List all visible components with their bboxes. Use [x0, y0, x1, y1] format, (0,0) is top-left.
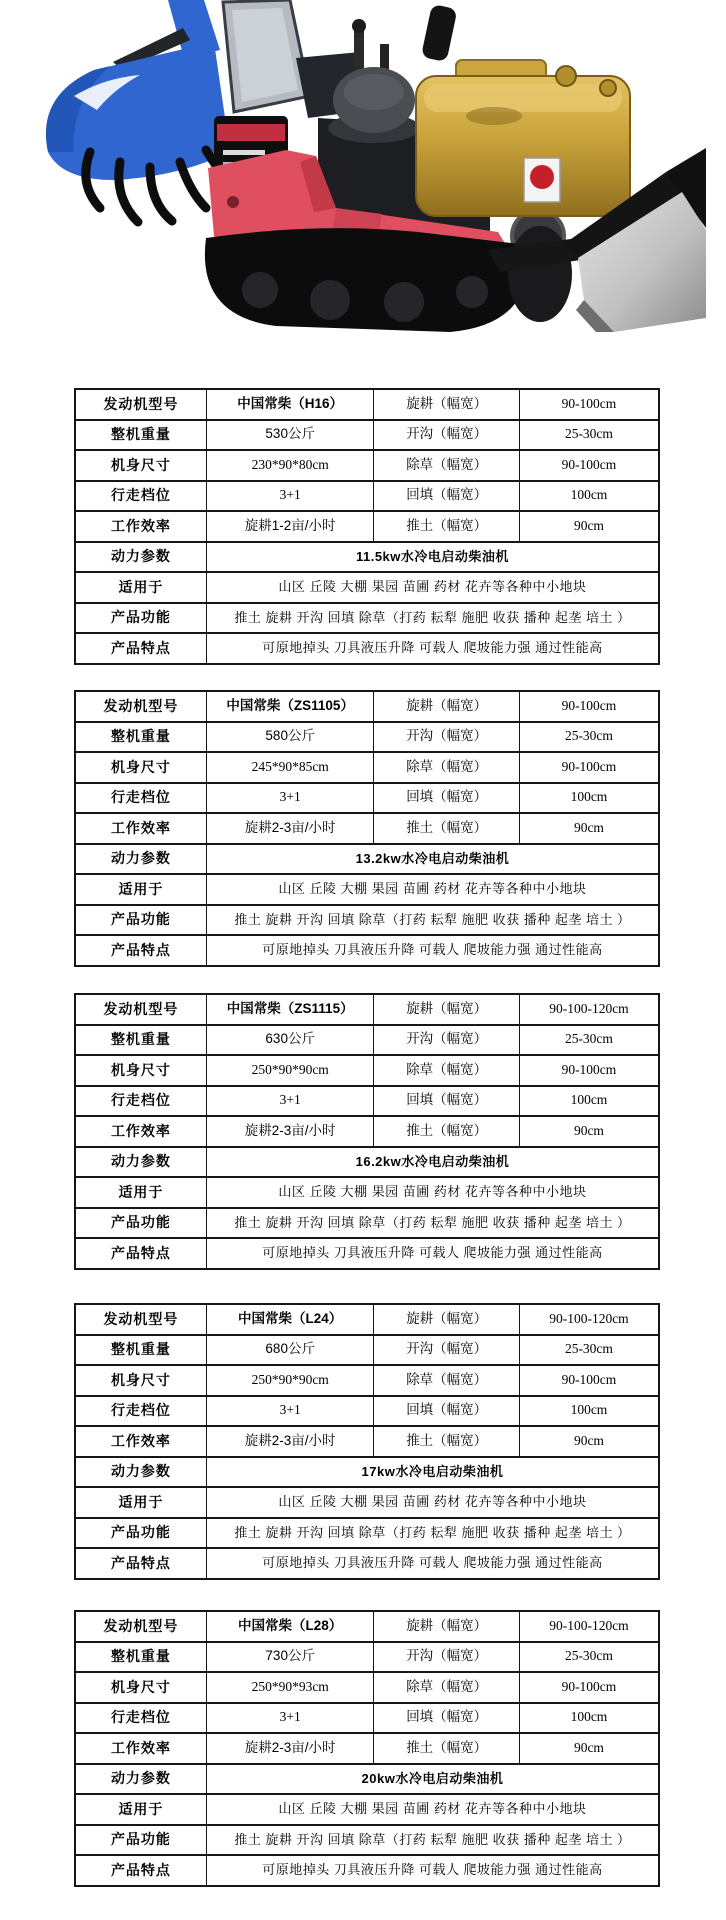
spec-value: 山区 丘陵 大棚 果园 苗圃 药材 花卉等各种中小地块: [206, 1487, 659, 1518]
spec-value: 中国常柴（L24）: [206, 1304, 374, 1335]
spec-value: 90-100cm: [519, 1672, 659, 1703]
spec-row: 动力参数20kw水冷电启动柴油机: [75, 1764, 659, 1795]
spec-label: 机身尺寸: [75, 1055, 206, 1086]
spec-label: 适用于: [75, 572, 206, 603]
spec-label: 产品功能: [75, 1825, 206, 1856]
spec-label: 机身尺寸: [75, 1672, 206, 1703]
spec-row: 产品特点可原地掉头 刀具液压升降 可载人 爬坡能力强 通过性能高: [75, 1548, 659, 1579]
spec-value: 可原地掉头 刀具液压升降 可载人 爬坡能力强 通过性能高: [206, 1548, 659, 1579]
spec-value: 20kw水冷电启动柴油机: [206, 1764, 659, 1795]
spec-label: 推土（幅宽）: [374, 1116, 519, 1147]
spec-label: 行走档位: [75, 1396, 206, 1427]
spec-label: 回填（幅宽）: [374, 1396, 519, 1427]
spec-label: 回填（幅宽）: [374, 1086, 519, 1117]
spec-value: 25-30cm: [519, 722, 659, 753]
spec-label: 回填（幅宽）: [374, 1703, 519, 1734]
spec-value: 630公斤: [206, 1025, 374, 1056]
spec-value: 100cm: [519, 1396, 659, 1427]
spec-row: 行走档位3+1回填（幅宽）100cm: [75, 1396, 659, 1427]
spec-row: 产品功能推土 旋耕 开沟 回填 除草（打药 耘犁 施肥 收获 播种 起垄 培土 …: [75, 1518, 659, 1549]
spec-label: 行走档位: [75, 1703, 206, 1734]
spec-value: 推土 旋耕 开沟 回填 除草（打药 耘犁 施肥 收获 播种 起垄 培土 ）: [206, 1825, 659, 1856]
spec-row: 发动机型号中国常柴（ZS1115）旋耕（幅宽）90-100-120cm: [75, 994, 659, 1025]
spec-row: 动力参数16.2kw水冷电启动柴油机: [75, 1147, 659, 1178]
spec-value: 山区 丘陵 大棚 果园 苗圃 药材 花卉等各种中小地块: [206, 1177, 659, 1208]
spec-label: 机身尺寸: [75, 450, 206, 481]
spec-label: 动力参数: [75, 1457, 206, 1488]
spec-table-3: 发动机型号中国常柴（ZS1115）旋耕（幅宽）90-100-120cm整机重量6…: [74, 993, 660, 1270]
spec-table-2: 发动机型号中国常柴（ZS1105）旋耕（幅宽）90-100cm整机重量580公斤…: [74, 690, 660, 967]
spec-label: 推土（幅宽）: [374, 1426, 519, 1457]
spec-row: 适用于山区 丘陵 大棚 果园 苗圃 药材 花卉等各种中小地块: [75, 1487, 659, 1518]
spec-value: 中国常柴（ZS1105）: [206, 691, 374, 722]
spec-label: 推土（幅宽）: [374, 813, 519, 844]
spec-label: 开沟（幅宽）: [374, 722, 519, 753]
spec-label: 发动机型号: [75, 1611, 206, 1642]
spec-value: 100cm: [519, 1703, 659, 1734]
spec-value: 中国常柴（H16）: [206, 389, 374, 420]
spec-value: 山区 丘陵 大棚 果园 苗圃 药材 花卉等各种中小地块: [206, 572, 659, 603]
spec-value: 3+1: [206, 1703, 374, 1734]
spec-table-1: 发动机型号中国常柴（H16）旋耕（幅宽）90-100cm整机重量530公斤开沟（…: [74, 388, 660, 665]
spec-label: 旋耕（幅宽）: [374, 691, 519, 722]
spec-row: 产品功能推土 旋耕 开沟 回填 除草（打药 耘犁 施肥 收获 播种 起垄 培土 …: [75, 905, 659, 936]
spec-value: 90-100cm: [519, 1055, 659, 1086]
spec-row: 动力参数11.5kw水冷电启动柴油机: [75, 542, 659, 573]
spec-label: 行走档位: [75, 481, 206, 512]
spec-value: 山区 丘陵 大棚 果园 苗圃 药材 花卉等各种中小地块: [206, 874, 659, 905]
spec-label: 旋耕（幅宽）: [374, 389, 519, 420]
spec-value: 245*90*85cm: [206, 752, 374, 783]
spec-label: 动力参数: [75, 1764, 206, 1795]
spec-value: 13.2kw水冷电启动柴油机: [206, 844, 659, 875]
spec-value: 90-100-120cm: [519, 1611, 659, 1642]
spec-label: 行走档位: [75, 1086, 206, 1117]
spec-row: 行走档位3+1回填（幅宽）100cm: [75, 1086, 659, 1117]
spec-value: 旋耕1-2亩/小时: [206, 511, 374, 542]
spec-row: 工作效率旋耕2-3亩/小时推土（幅宽）90cm: [75, 1116, 659, 1147]
spec-value: 230*90*80cm: [206, 450, 374, 481]
spec-label: 工作效率: [75, 813, 206, 844]
spec-label: 整机重量: [75, 722, 206, 753]
spec-value: 3+1: [206, 1396, 374, 1427]
spec-value: 推土 旋耕 开沟 回填 除草（打药 耘犁 施肥 收获 播种 起垄 培土 ）: [206, 603, 659, 634]
spec-label: 产品功能: [75, 603, 206, 634]
spec-label: 除草（幅宽）: [374, 1365, 519, 1396]
spec-label: 除草（幅宽）: [374, 1672, 519, 1703]
spec-label: 发动机型号: [75, 994, 206, 1025]
spec-row: 动力参数13.2kw水冷电启动柴油机: [75, 844, 659, 875]
spec-label: 适用于: [75, 874, 206, 905]
spec-value: 90-100cm: [519, 752, 659, 783]
spec-label: 整机重量: [75, 1642, 206, 1673]
spec-value: 530公斤: [206, 420, 374, 451]
fuel-tank: [416, 60, 630, 216]
spec-row: 行走档位3+1回填（幅宽）100cm: [75, 1703, 659, 1734]
spec-label: 工作效率: [75, 1733, 206, 1764]
spec-label: 工作效率: [75, 511, 206, 542]
spec-label: 产品特点: [75, 1238, 206, 1269]
spec-value: 100cm: [519, 481, 659, 512]
spec-value: 旋耕2-3亩/小时: [206, 1733, 374, 1764]
spec-value: 90cm: [519, 511, 659, 542]
spec-label: 产品特点: [75, 935, 206, 966]
spec-row: 机身尺寸250*90*90cm除草（幅宽）90-100cm: [75, 1055, 659, 1086]
spec-value: 100cm: [519, 1086, 659, 1117]
spec-value: 25-30cm: [519, 1642, 659, 1673]
spec-row: 工作效率旋耕1-2亩/小时推土（幅宽）90cm: [75, 511, 659, 542]
spec-label: 行走档位: [75, 783, 206, 814]
spec-row: 发动机型号中国常柴（L28）旋耕（幅宽）90-100-120cm: [75, 1611, 659, 1642]
spec-value: 250*90*93cm: [206, 1672, 374, 1703]
spec-value: 可原地掉头 刀具液压升降 可载人 爬坡能力强 通过性能高: [206, 1855, 659, 1886]
spec-label: 除草（幅宽）: [374, 752, 519, 783]
spec-row: 工作效率旋耕2-3亩/小时推土（幅宽）90cm: [75, 813, 659, 844]
spec-label: 发动机型号: [75, 691, 206, 722]
muffler: [421, 4, 458, 62]
spec-label: 工作效率: [75, 1426, 206, 1457]
spec-value: 推土 旋耕 开沟 回填 除草（打药 耘犁 施肥 收获 播种 起垄 培土 ）: [206, 1208, 659, 1239]
spec-value: 16.2kw水冷电启动柴油机: [206, 1147, 659, 1178]
spec-label: 工作效率: [75, 1116, 206, 1147]
spec-value: 90-100cm: [519, 1365, 659, 1396]
spec-label: 开沟（幅宽）: [374, 1025, 519, 1056]
spec-label: 回填（幅宽）: [374, 783, 519, 814]
spec-label: 除草（幅宽）: [374, 450, 519, 481]
spec-label: 旋耕（幅宽）: [374, 1304, 519, 1335]
spec-row: 行走档位3+1回填（幅宽）100cm: [75, 783, 659, 814]
spec-label: 回填（幅宽）: [374, 481, 519, 512]
spec-label: 整机重量: [75, 420, 206, 451]
spec-label: 开沟（幅宽）: [374, 1335, 519, 1366]
spec-value: 11.5kw水冷电启动柴油机: [206, 542, 659, 573]
spec-table-5: 发动机型号中国常柴（L28）旋耕（幅宽）90-100-120cm整机重量730公…: [74, 1610, 660, 1887]
spec-row: 产品功能推土 旋耕 开沟 回填 除草（打药 耘犁 施肥 收获 播种 起垄 培土 …: [75, 603, 659, 634]
spec-row: 产品功能推土 旋耕 开沟 回填 除草（打药 耘犁 施肥 收获 播种 起垄 培土 …: [75, 1208, 659, 1239]
spec-row: 整机重量630公斤开沟（幅宽）25-30cm: [75, 1025, 659, 1056]
spec-value: 3+1: [206, 783, 374, 814]
spec-row: 机身尺寸230*90*80cm除草（幅宽）90-100cm: [75, 450, 659, 481]
spec-value: 3+1: [206, 481, 374, 512]
spec-row: 发动机型号中国常柴（L24）旋耕（幅宽）90-100-120cm: [75, 1304, 659, 1335]
spec-label: 产品功能: [75, 905, 206, 936]
spec-label: 机身尺寸: [75, 752, 206, 783]
spec-label: 动力参数: [75, 1147, 206, 1178]
spec-value: 90cm: [519, 1116, 659, 1147]
spec-value: 90cm: [519, 1733, 659, 1764]
spec-label: 动力参数: [75, 844, 206, 875]
spec-label: 整机重量: [75, 1335, 206, 1366]
spec-row: 工作效率旋耕2-3亩/小时推土（幅宽）90cm: [75, 1733, 659, 1764]
spec-row: 动力参数17kw水冷电启动柴油机: [75, 1457, 659, 1488]
spec-value: 90-100cm: [519, 691, 659, 722]
spec-value: 90cm: [519, 1426, 659, 1457]
spec-value: 可原地掉头 刀具液压升降 可载人 爬坡能力强 通过性能高: [206, 633, 659, 664]
spec-value: 旋耕2-3亩/小时: [206, 1116, 374, 1147]
product-detail-page: { "page": { "background": "#ffffff" }, "…: [0, 0, 726, 1920]
spec-row: 行走档位3+1回填（幅宽）100cm: [75, 481, 659, 512]
spec-label: 适用于: [75, 1794, 206, 1825]
spec-value: 680公斤: [206, 1335, 374, 1366]
spec-value: 旋耕2-3亩/小时: [206, 813, 374, 844]
spec-row: 适用于山区 丘陵 大棚 果园 苗圃 药材 花卉等各种中小地块: [75, 874, 659, 905]
spec-row: 整机重量580公斤开沟（幅宽）25-30cm: [75, 722, 659, 753]
spec-value: 25-30cm: [519, 1025, 659, 1056]
spec-row: 适用于山区 丘陵 大棚 果园 苗圃 药材 花卉等各种中小地块: [75, 572, 659, 603]
spec-value: 90cm: [519, 813, 659, 844]
spec-row: 适用于山区 丘陵 大棚 果园 苗圃 药材 花卉等各种中小地块: [75, 1177, 659, 1208]
spec-label: 推土（幅宽）: [374, 1733, 519, 1764]
spec-value: 可原地掉头 刀具液压升降 可载人 爬坡能力强 通过性能高: [206, 1238, 659, 1269]
spec-value: 90-100cm: [519, 450, 659, 481]
spec-value: 25-30cm: [519, 420, 659, 451]
brand-mark: [466, 107, 522, 125]
spec-value: 中国常柴（L28）: [206, 1611, 374, 1642]
spec-label: 旋耕（幅宽）: [374, 1611, 519, 1642]
spec-row: 产品特点可原地掉头 刀具液压升降 可载人 爬坡能力强 通过性能高: [75, 633, 659, 664]
spec-label: 发动机型号: [75, 389, 206, 420]
spec-label: 除草（幅宽）: [374, 1055, 519, 1086]
spec-label: 旋耕（幅宽）: [374, 994, 519, 1025]
spec-label: 整机重量: [75, 1025, 206, 1056]
spec-row: 整机重量730公斤开沟（幅宽）25-30cm: [75, 1642, 659, 1673]
spec-value: 90-100-120cm: [519, 1304, 659, 1335]
spec-label: 适用于: [75, 1177, 206, 1208]
spec-label: 机身尺寸: [75, 1365, 206, 1396]
spec-value: 推土 旋耕 开沟 回填 除草（打药 耘犁 施肥 收获 播种 起垄 培土 ）: [206, 1518, 659, 1549]
spec-label: 产品特点: [75, 1548, 206, 1579]
spec-value: 可原地掉头 刀具液压升降 可载人 爬坡能力强 通过性能高: [206, 935, 659, 966]
spec-label: 动力参数: [75, 542, 206, 573]
spec-label: 产品功能: [75, 1208, 206, 1239]
spec-value: 90-100cm: [519, 389, 659, 420]
spec-label: 开沟（幅宽）: [374, 1642, 519, 1673]
spec-value: 推土 旋耕 开沟 回填 除草（打药 耘犁 施肥 收获 播种 起垄 培土 ）: [206, 905, 659, 936]
warning-sticker: [524, 158, 560, 202]
spec-row: 整机重量680公斤开沟（幅宽）25-30cm: [75, 1335, 659, 1366]
crawler-track: [205, 226, 572, 332]
spec-row: 机身尺寸245*90*85cm除草（幅宽）90-100cm: [75, 752, 659, 783]
spec-value: 250*90*90cm: [206, 1055, 374, 1086]
spec-row: 发动机型号中国常柴（H16）旋耕（幅宽）90-100cm: [75, 389, 659, 420]
spec-value: 中国常柴（ZS1115）: [206, 994, 374, 1025]
spec-row: 机身尺寸250*90*90cm除草（幅宽）90-100cm: [75, 1365, 659, 1396]
spec-value: 山区 丘陵 大棚 果园 苗圃 药材 花卉等各种中小地块: [206, 1794, 659, 1825]
spec-value: 100cm: [519, 783, 659, 814]
spec-row: 产品特点可原地掉头 刀具液压升降 可载人 爬坡能力强 通过性能高: [75, 1855, 659, 1886]
spec-label: 适用于: [75, 1487, 206, 1518]
spec-label: 产品特点: [75, 1855, 206, 1886]
spec-label: 产品功能: [75, 1518, 206, 1549]
spec-value: 90-100-120cm: [519, 994, 659, 1025]
spec-row: 适用于山区 丘陵 大棚 果园 苗圃 药材 花卉等各种中小地块: [75, 1794, 659, 1825]
spec-value: 580公斤: [206, 722, 374, 753]
spec-row: 发动机型号中国常柴（ZS1105）旋耕（幅宽）90-100cm: [75, 691, 659, 722]
spec-label: 推土（幅宽）: [374, 511, 519, 542]
spec-value: 3+1: [206, 1086, 374, 1117]
spec-label: 开沟（幅宽）: [374, 420, 519, 451]
spec-row: 产品特点可原地掉头 刀具液压升降 可载人 爬坡能力强 通过性能高: [75, 1238, 659, 1269]
spec-label: 发动机型号: [75, 1304, 206, 1335]
spec-value: 730公斤: [206, 1642, 374, 1673]
rotary-tiller: [46, 0, 236, 222]
spec-value: 旋耕2-3亩/小时: [206, 1426, 374, 1457]
spec-value: 250*90*90cm: [206, 1365, 374, 1396]
spec-row: 整机重量530公斤开沟（幅宽）25-30cm: [75, 420, 659, 451]
spec-table-4: 发动机型号中国常柴（L24）旋耕（幅宽）90-100-120cm整机重量680公…: [74, 1303, 660, 1580]
product-photo: [18, 0, 706, 332]
spec-row: 工作效率旋耕2-3亩/小时推土（幅宽）90cm: [75, 1426, 659, 1457]
spec-row: 机身尺寸250*90*93cm除草（幅宽）90-100cm: [75, 1672, 659, 1703]
tractor-illustration: [18, 0, 706, 332]
spec-label: 产品特点: [75, 633, 206, 664]
spec-row: 产品特点可原地掉头 刀具液压升降 可载人 爬坡能力强 通过性能高: [75, 935, 659, 966]
spec-value: 25-30cm: [519, 1335, 659, 1366]
spec-value: 17kw水冷电启动柴油机: [206, 1457, 659, 1488]
spec-row: 产品功能推土 旋耕 开沟 回填 除草（打药 耘犁 施肥 收获 播种 起垄 培土 …: [75, 1825, 659, 1856]
